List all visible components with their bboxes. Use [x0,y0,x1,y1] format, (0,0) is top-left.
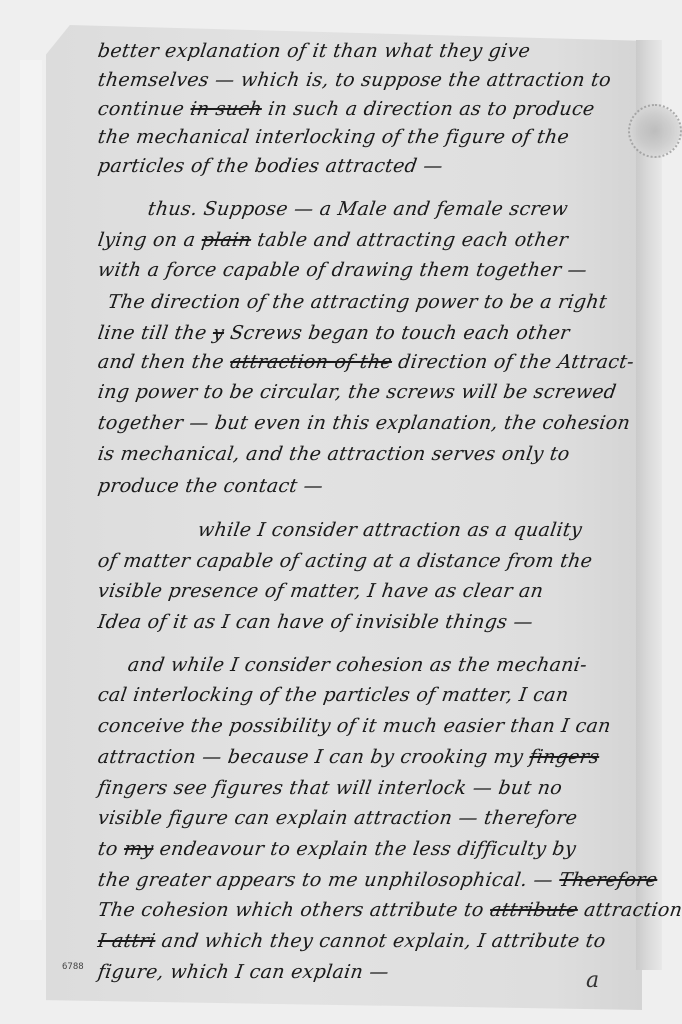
line-text: figure, which I can explain — [96,961,390,983]
line-text-continued: direction of the Attract- [391,351,636,373]
line-text: while I consider attraction as a quality [196,519,583,541]
line-text: visible figure can explain attraction — … [96,807,578,829]
manuscript-line: with a force capable of drawing them tog… [96,259,588,281]
line-text-continued: endeavour to explain the less difficulty… [152,838,578,860]
manuscript-line: together — but even in this explanation,… [96,412,631,434]
manuscript-line: I attri and which they cannot explain, I… [96,930,607,952]
manuscript-line: and while I consider cohesion as the mec… [126,654,588,676]
line-text: and then the [96,351,225,373]
line-text: better explanation of it than what they … [96,40,531,62]
manuscript-line: conceive the possibility of it much easi… [96,715,612,737]
line-text-continued: table and attracting each other [250,229,570,251]
line-text: line till the [96,322,208,344]
line-text-continued: attraction [576,899,682,921]
manuscript-line: lying on a plain table and attracting ea… [96,229,569,251]
struck-text: attribute [489,899,580,921]
manuscript-line: Idea of it as I can have of invisible th… [96,611,534,633]
line-text: produce the contact — [96,475,324,497]
line-text: and while I consider cohesion as the mec… [126,654,588,676]
manuscript-line: is mechanical, and the attraction serves… [96,443,571,465]
page-marker: a [586,968,599,993]
struck-text: plain [200,229,252,251]
line-text: The cohesion which others attribute to [96,899,485,921]
struck-text: fingers [528,746,601,768]
line-text: Idea of it as I can have of invisible th… [96,611,534,633]
manuscript-line: The cohesion which others attribute to a… [96,899,682,921]
manuscript-line: cal interlocking of the particles of mat… [96,684,570,706]
line-text: lying on a [96,229,196,251]
line-text: themselves — which is, to suppose the at… [96,69,612,91]
manuscript-line: while I consider attraction as a quality [196,519,583,541]
struck-text: Therefore [558,869,659,891]
line-text-continued: in such a direction as to produce [260,98,596,120]
background-sheet [20,60,42,920]
line-text: particles of the bodies attracted — [96,155,444,177]
manuscript-line: figure, which I can explain — [96,961,390,983]
struck-text: attraction of the [229,351,394,373]
line-text: visible presence of matter, I have as cl… [96,580,544,602]
manuscript-line: the greater appears to me unphilosophica… [96,869,658,891]
line-text: with a force capable of drawing them tog… [96,259,588,281]
line-text: is mechanical, and the attraction serves… [96,443,571,465]
manuscript-line: ing power to be circular, the screws wil… [96,381,617,403]
line-text: to [96,838,119,860]
line-text: the mechanical interlocking of the figur… [96,126,570,148]
struck-text: in such [189,98,263,120]
manuscript-line: particles of the bodies attracted — [96,155,444,177]
struck-text: my [122,838,154,860]
library-stamp-icon [628,104,682,158]
line-text: the greater appears to me unphilosophica… [96,869,554,891]
manuscript-line: continue in such in such a direction as … [96,98,596,120]
manuscript-line: themselves — which is, to suppose the at… [96,69,612,91]
line-text: thus. Suppose — a Male and female screw [146,198,569,220]
line-text: together — but even in this explanation,… [96,412,631,434]
manuscript-line: fingers see figures that will interlock … [96,777,563,799]
manuscript-line: better explanation of it than what they … [96,40,531,62]
reference-number: 6788 [62,962,84,972]
manuscript-line: thus. Suppose — a Male and female screw [146,198,569,220]
line-text-continued: and which they cannot explain, I attribu… [154,930,607,952]
line-text: conceive the possibility of it much easi… [96,715,612,737]
manuscript-line: attraction — because I can by crooking m… [96,746,600,768]
line-text: cal interlocking of the particles of mat… [96,684,570,706]
line-text: ing power to be circular, the screws wil… [96,381,617,403]
manuscript-line: the mechanical interlocking of the figur… [96,126,570,148]
line-text-continued: Screws began to touch each other [222,322,571,344]
manuscript-line: of matter capable of acting at a distanc… [96,550,593,572]
manuscript-line: The direction of the attracting power to… [106,291,608,313]
manuscript-line: to my endeavour to explain the less diff… [96,838,577,860]
manuscript-line: and then the attraction of the direction… [96,351,635,373]
struck-text: I attri [96,930,156,952]
manuscript-line: line till the y Screws began to touch ea… [96,322,571,344]
line-text: The direction of the attracting power to… [106,291,608,313]
manuscript-line: produce the contact — [96,475,324,497]
line-text: attraction — because I can by crooking m… [96,746,524,768]
line-text: of matter capable of acting at a distanc… [96,550,593,572]
page-edge-shadow [636,40,662,970]
line-text: fingers see figures that will interlock … [96,777,563,799]
manuscript-line: visible figure can explain attraction — … [96,807,578,829]
line-text: continue [96,98,185,120]
manuscript-line: visible presence of matter, I have as cl… [96,580,544,602]
